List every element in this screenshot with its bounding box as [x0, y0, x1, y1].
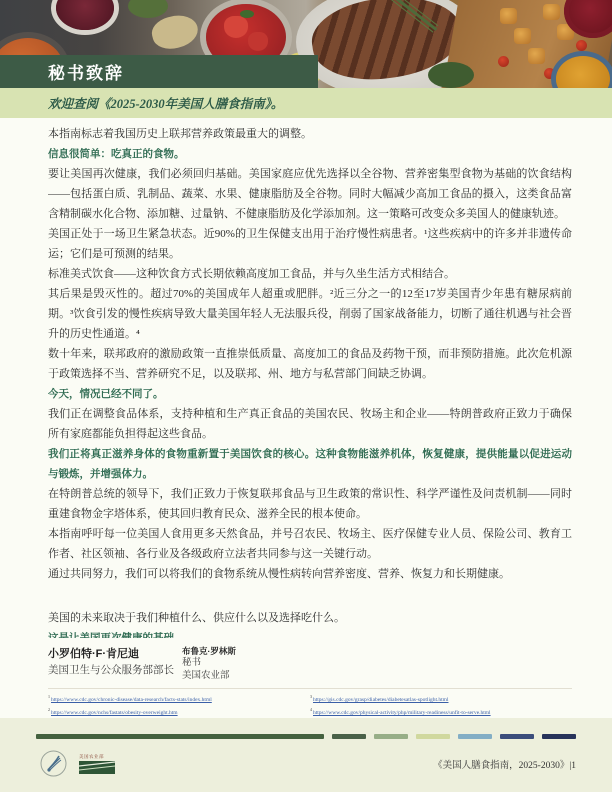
skewer-chicken-image [528, 48, 545, 64]
body-paragraph: 美国的未来取决于我们种植什么、供应什么以及选择吃什么。 [48, 608, 572, 628]
page-number-text: 《美国人膳食指南，2025-2030》|1 [433, 757, 576, 771]
welcome-band: 欢迎查阅《2025-2030年美国人膳食指南》。 [0, 88, 612, 118]
footnote-number: 1 [48, 694, 50, 699]
body-paragraph: 通过共同努力，我们可以将我们的食物系统从慢性病转向营养密度、营养、恢复力和长期健… [48, 564, 572, 584]
tomato-image [576, 40, 587, 51]
page-footer: 美国农业部 《美国人膳食指南，2025-2030》|1 [0, 718, 612, 792]
signer-name: 小罗伯特·F·肯尼迪 [48, 645, 176, 661]
footnote-item: 1https://www.cdc.gov/chronic-disease/dat… [48, 694, 310, 703]
skewer-chicken-image [500, 8, 517, 24]
ginger-image [149, 11, 202, 54]
signer-name: 布鲁克·罗林斯 [182, 645, 236, 657]
footer-rule-segment [500, 734, 534, 739]
usda-logo-icon [79, 761, 115, 774]
signer-title: 美国卫生与公众服务部部长 [48, 663, 176, 678]
tomato-image [544, 68, 555, 79]
strawberry-image [224, 16, 248, 38]
berry-bowl-image [56, 0, 114, 30]
signature-block: 小罗伯特·F·肯尼迪 美国卫生与公众服务部部长 布鲁克·罗林斯 秘书 美国农业部 [48, 645, 408, 683]
broccoli-image [428, 62, 474, 88]
footnote-item: 4https://www.cdc.gov/physical-activity/p… [310, 707, 572, 716]
body-paragraph: 在特朗普总统的领导下，我们正致力于恢复联邦食品与卫生政策的常识性、科学严谨性及问… [48, 484, 572, 524]
footnote-divider [48, 688, 572, 689]
footnote-number: 3 [310, 694, 312, 699]
welcome-text: 欢迎查阅《2025-2030年美国人膳食指南》。 [48, 94, 283, 112]
body-paragraph: 数十年来，联邦政府的激励政策一直推崇低质量、高度加工的食品及药物干预，而非预防措… [48, 344, 572, 384]
usda-logo: 美国农业部 [79, 754, 115, 774]
signer-org: 美国农业部 [182, 670, 236, 683]
footer-content: 美国农业部 《美国人膳食指南，2025-2030》|1 [40, 750, 576, 777]
footnote-item: 2https://www.cdc.gov/nchs/fastats/obesit… [48, 707, 310, 716]
footnote-link[interactable]: https://gis.cdc.gov/grasp/diabetes/diabe… [313, 697, 449, 703]
footer-rule-segment [374, 734, 408, 739]
body-paragraph: 本指南标志着我国历史上联邦营养政策最重大的调整。 [48, 124, 572, 144]
body-paragraph: 其后果是毁灭性的。超过70%的美国成年人超重或肥胖。²近三分之一的12至17岁美… [48, 284, 572, 344]
highlight-paragraph: 这是让美国再次健康的基础。 [48, 628, 572, 638]
highlight-paragraph: 今天，情况已经不同了。 [48, 384, 572, 404]
footnote-list: 1https://www.cdc.gov/chronic-disease/dat… [48, 694, 572, 716]
footer-rule [36, 734, 576, 739]
footnote-number: 2 [48, 707, 50, 712]
footer-rule-segment [416, 734, 450, 739]
footer-rule-segment [542, 734, 576, 739]
herb-image [128, 0, 168, 18]
footnote-link[interactable]: https://www.cdc.gov/nchs/fastats/obesity… [51, 710, 178, 716]
footnote-item: 3https://gis.cdc.gov/grasp/diabetes/diab… [310, 694, 572, 703]
skewer-chicken-image [543, 4, 560, 20]
body-paragraph: 要让美国再次健康，我们必须回归基础。美国家庭应优先选择以全谷物、营养密集型食物为… [48, 164, 572, 224]
highlight-paragraph: 信息很简单：吃真正的食物。 [48, 144, 572, 164]
body-paragraph: 本指南呼吁每一位美国人食用更多天然食品，并号召农民、牧场主、医疗保健专业人员、保… [48, 524, 572, 564]
tomato-image [498, 56, 509, 67]
footnotes-section: 1https://www.cdc.gov/chronic-disease/dat… [48, 688, 572, 716]
body-paragraph: 我们正在调整食品体系，支持种植和生产真正食品的美国农民、牧场主和企业——特朗普政… [48, 404, 572, 444]
body-paragraph: 美国正处于一场卫生紧急状态。近90%的卫生保健支出用于治疗慢性病患者。¹这些疾病… [48, 224, 572, 264]
body-paragraph: 标准美式饮食——这种饮食方式长期依赖高度加工食品，并与久坐生活方式相结合。 [48, 264, 572, 284]
highlight-paragraph: 我们正将真正滋养身体的食物重新置于美国饮食的核心。这种食物能滋养机体，恢复健康，… [48, 444, 572, 484]
strawberry-image [248, 32, 268, 51]
footer-rule-segment [332, 734, 366, 739]
footer-rule-bar [36, 734, 324, 739]
skewer-chicken-image [514, 28, 531, 44]
hhs-logo-icon [40, 750, 67, 777]
signer-title: 秘书 [182, 657, 236, 670]
section-title-bar: 秘书致辞 [0, 55, 318, 88]
footnote-link[interactable]: https://www.cdc.gov/chronic-disease/data… [51, 697, 212, 703]
letter-body: 本指南标志着我国历史上联邦营养政策最重大的调整。 信息很简单：吃真正的食物。 要… [48, 124, 572, 638]
signature-hhs-secretary: 小罗伯特·F·肯尼迪 美国卫生与公众服务部部长 [48, 645, 176, 683]
footnote-link[interactable]: https://www.cdc.gov/physical-activity/ph… [313, 710, 491, 716]
usda-logo-label: 美国农业部 [79, 754, 115, 760]
strawberry-leaf-image [240, 10, 254, 18]
footnote-number: 4 [310, 707, 312, 712]
signature-usda-secretary: 布鲁克·罗林斯 秘书 美国农业部 [182, 645, 236, 683]
page-title: 秘书致辞 [48, 59, 124, 84]
footer-rule-segment [458, 734, 492, 739]
